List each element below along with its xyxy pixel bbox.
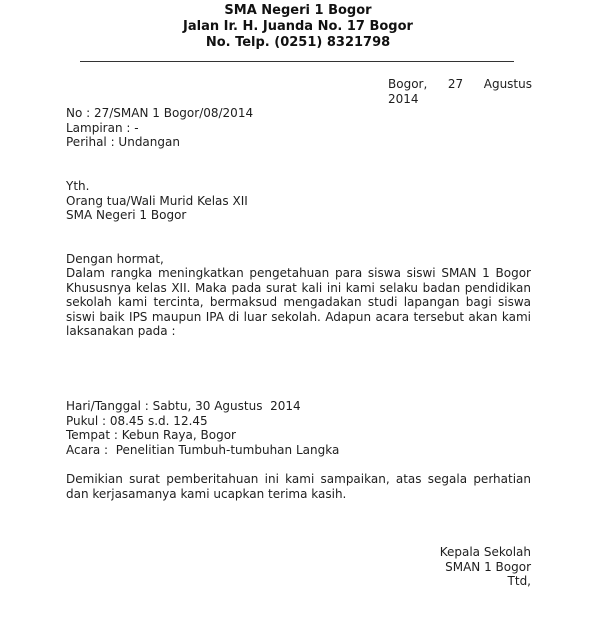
date-city: Bogor,	[388, 77, 427, 92]
letter-meta: No : 27/SMAN 1 Bogor/08/2014 Lampiran : …	[66, 106, 253, 150]
recipient-institution: SMA Negeri 1 Bogor	[66, 208, 248, 223]
closing-paragraph: Demikian surat pemberitahuan ini kami sa…	[66, 472, 531, 501]
date-day: 27	[448, 77, 463, 92]
event-date: Hari/Tanggal : Sabtu, 30 Agustus 2014	[66, 399, 339, 414]
date-month: Agustus	[484, 77, 532, 92]
event-activity: Acara : Penelitian Tumbuh-tumbuhan Langk…	[66, 443, 339, 458]
letter-subject: Perihal : Undangan	[66, 135, 253, 150]
signer-institution: SMAN 1 Bogor	[440, 560, 531, 575]
letter-document: SMA Negeri 1 Bogor Jalan Ir. H. Juanda N…	[0, 0, 595, 619]
recipient-block: Yth. Orang tua/Wali Murid Kelas XII SMA …	[66, 179, 248, 223]
date-year: 2014	[388, 92, 532, 107]
school-name: SMA Negeri 1 Bogor	[60, 3, 536, 19]
signer-sign: Ttd,	[440, 574, 531, 589]
school-address: Jalan Ir. H. Juanda No. 17 Bogor	[60, 19, 536, 35]
letter-number: No : 27/SMAN 1 Bogor/08/2014	[66, 106, 253, 121]
event-place: Tempat : Kebun Raya, Bogor	[66, 428, 339, 443]
event-time: Pukul : 08.45 s.d. 12.45	[66, 414, 339, 429]
greeting: Dengan hormat,	[66, 252, 164, 267]
body-paragraph: Dalam rangka meningkatkan pengetahuan pa…	[66, 266, 531, 339]
letterhead-divider	[80, 61, 514, 62]
signer-title: Kepala Sekolah	[440, 545, 531, 560]
signature-block: Kepala Sekolah SMAN 1 Bogor Ttd,	[440, 545, 531, 589]
event-details: Hari/Tanggal : Sabtu, 30 Agustus 2014 Pu…	[66, 399, 339, 457]
letter-date: Bogor, 27 Agustus 2014	[388, 77, 532, 106]
recipient-salutation: Yth.	[66, 179, 248, 194]
letterhead: SMA Negeri 1 Bogor Jalan Ir. H. Juanda N…	[60, 3, 536, 51]
recipient-name: Orang tua/Wali Murid Kelas XII	[66, 194, 248, 209]
school-phone: No. Telp. (0251) 8321798	[60, 35, 536, 51]
letter-attachment: Lampiran : -	[66, 121, 253, 136]
